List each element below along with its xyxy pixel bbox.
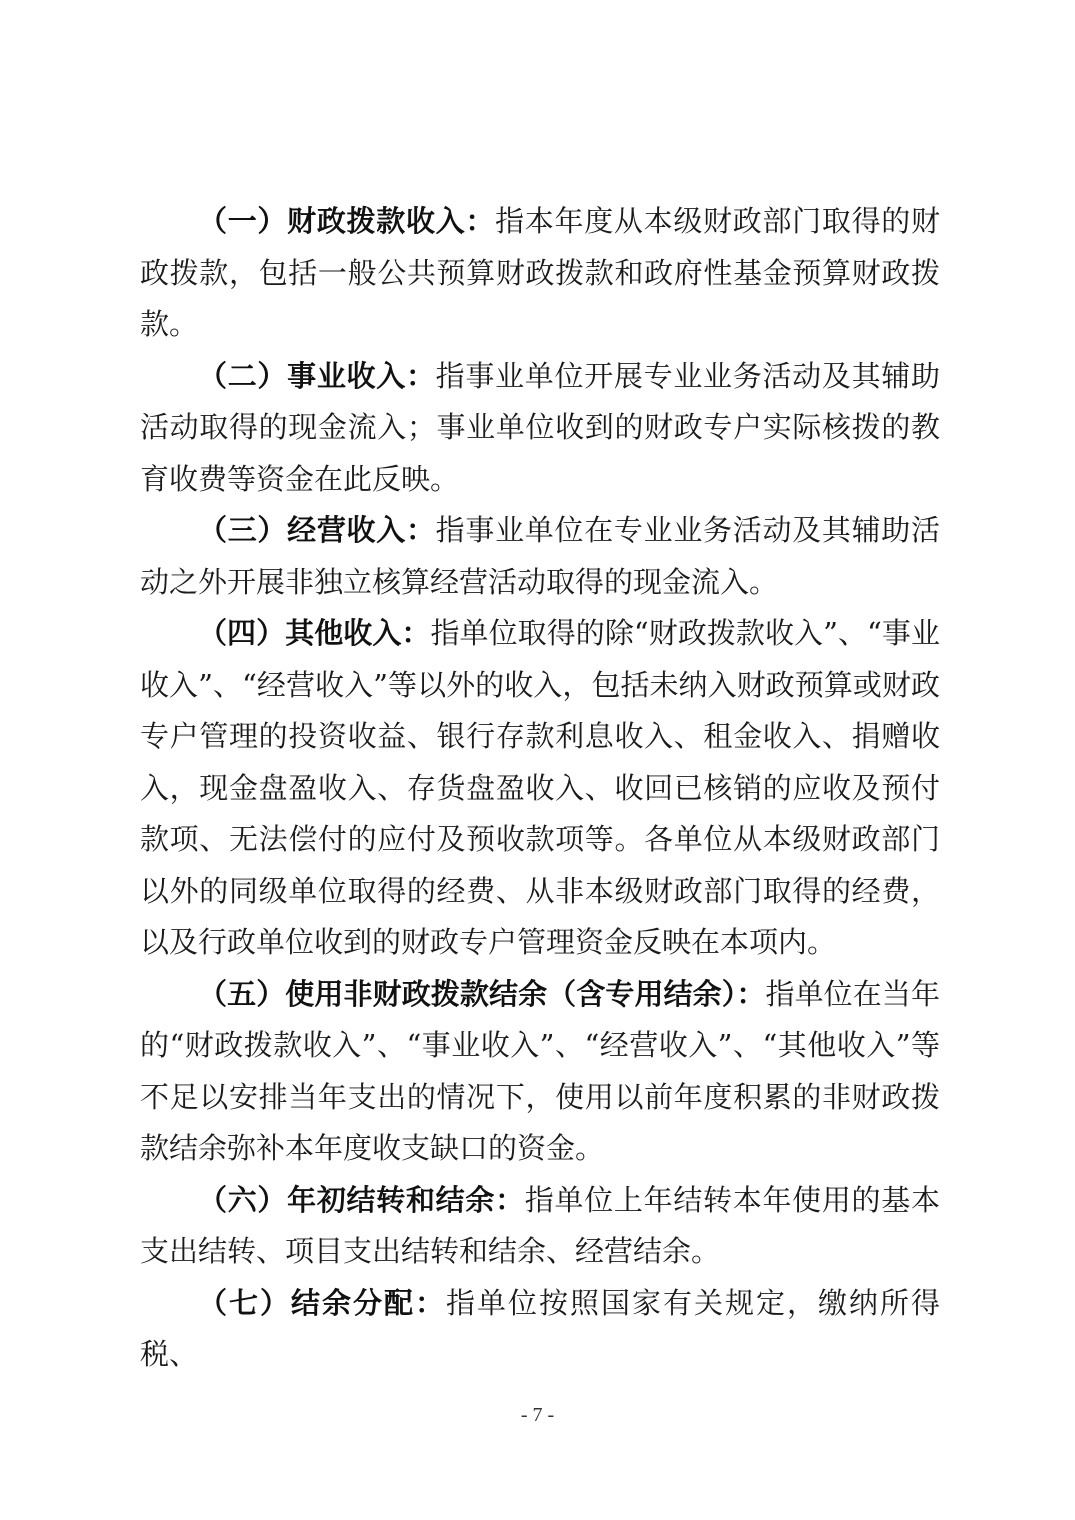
paragraph-other-income: （四）其他收入：指单位取得的除“财政拨款收入”、“事业收入”、“经营收入”等以外… [140, 608, 940, 969]
paragraph-fiscal-appropriation-income: （一）财政拨款收入：指本年度从本级财政部门取得的财政拨款，包括一般公共预算财政拨… [140, 196, 940, 351]
document-page: （一）财政拨款收入：指本年度从本级财政部门取得的财政拨款，包括一般公共预算财政拨… [0, 0, 1075, 1520]
paragraph-heading: （四）其他收入： [198, 616, 430, 650]
paragraph-text: 指单位取得的除“财政拨款收入”、“事业收入”、“经营收入”等以外的收入，包括未纳… [140, 616, 940, 959]
paragraph-heading: （三）经营收入： [198, 513, 436, 547]
paragraph-heading: （七）结余分配： [198, 1286, 446, 1320]
document-body: （一）财政拨款收入：指本年度从本级财政部门取得的财政拨款，包括一般公共预算财政拨… [140, 196, 940, 1381]
paragraph-operating-income: （三）经营收入：指事业单位在专业业务活动及其辅助活动之外开展非独立核算经营活动取… [140, 505, 940, 608]
paragraph-non-fiscal-balance-use: （五）使用非财政拨款结余（含专用结余）：指单位在当年的“财政拨款收入”、“事业收… [140, 969, 940, 1175]
paragraph-heading: （一）财政拨款收入： [198, 204, 495, 238]
paragraph-heading: （二）事业收入： [198, 359, 436, 393]
paragraph-heading: （六）年初结转和结余： [198, 1183, 525, 1217]
paragraph-business-income: （二）事业收入：指事业单位开展专业业务活动及其辅助活动取得的现金流入；事业单位收… [140, 351, 940, 506]
paragraph-opening-carryover: （六）年初结转和结余：指单位上年结转本年使用的基本支出结转、项目支出结转和结余、… [140, 1175, 940, 1278]
paragraph-balance-distribution: （七）结余分配：指单位按照国家有关规定，缴纳所得税、 [140, 1278, 940, 1381]
page-number: - 7 - [0, 1404, 1075, 1427]
paragraph-heading: （五）使用非财政拨款结余（含专用结余）： [198, 977, 765, 1011]
